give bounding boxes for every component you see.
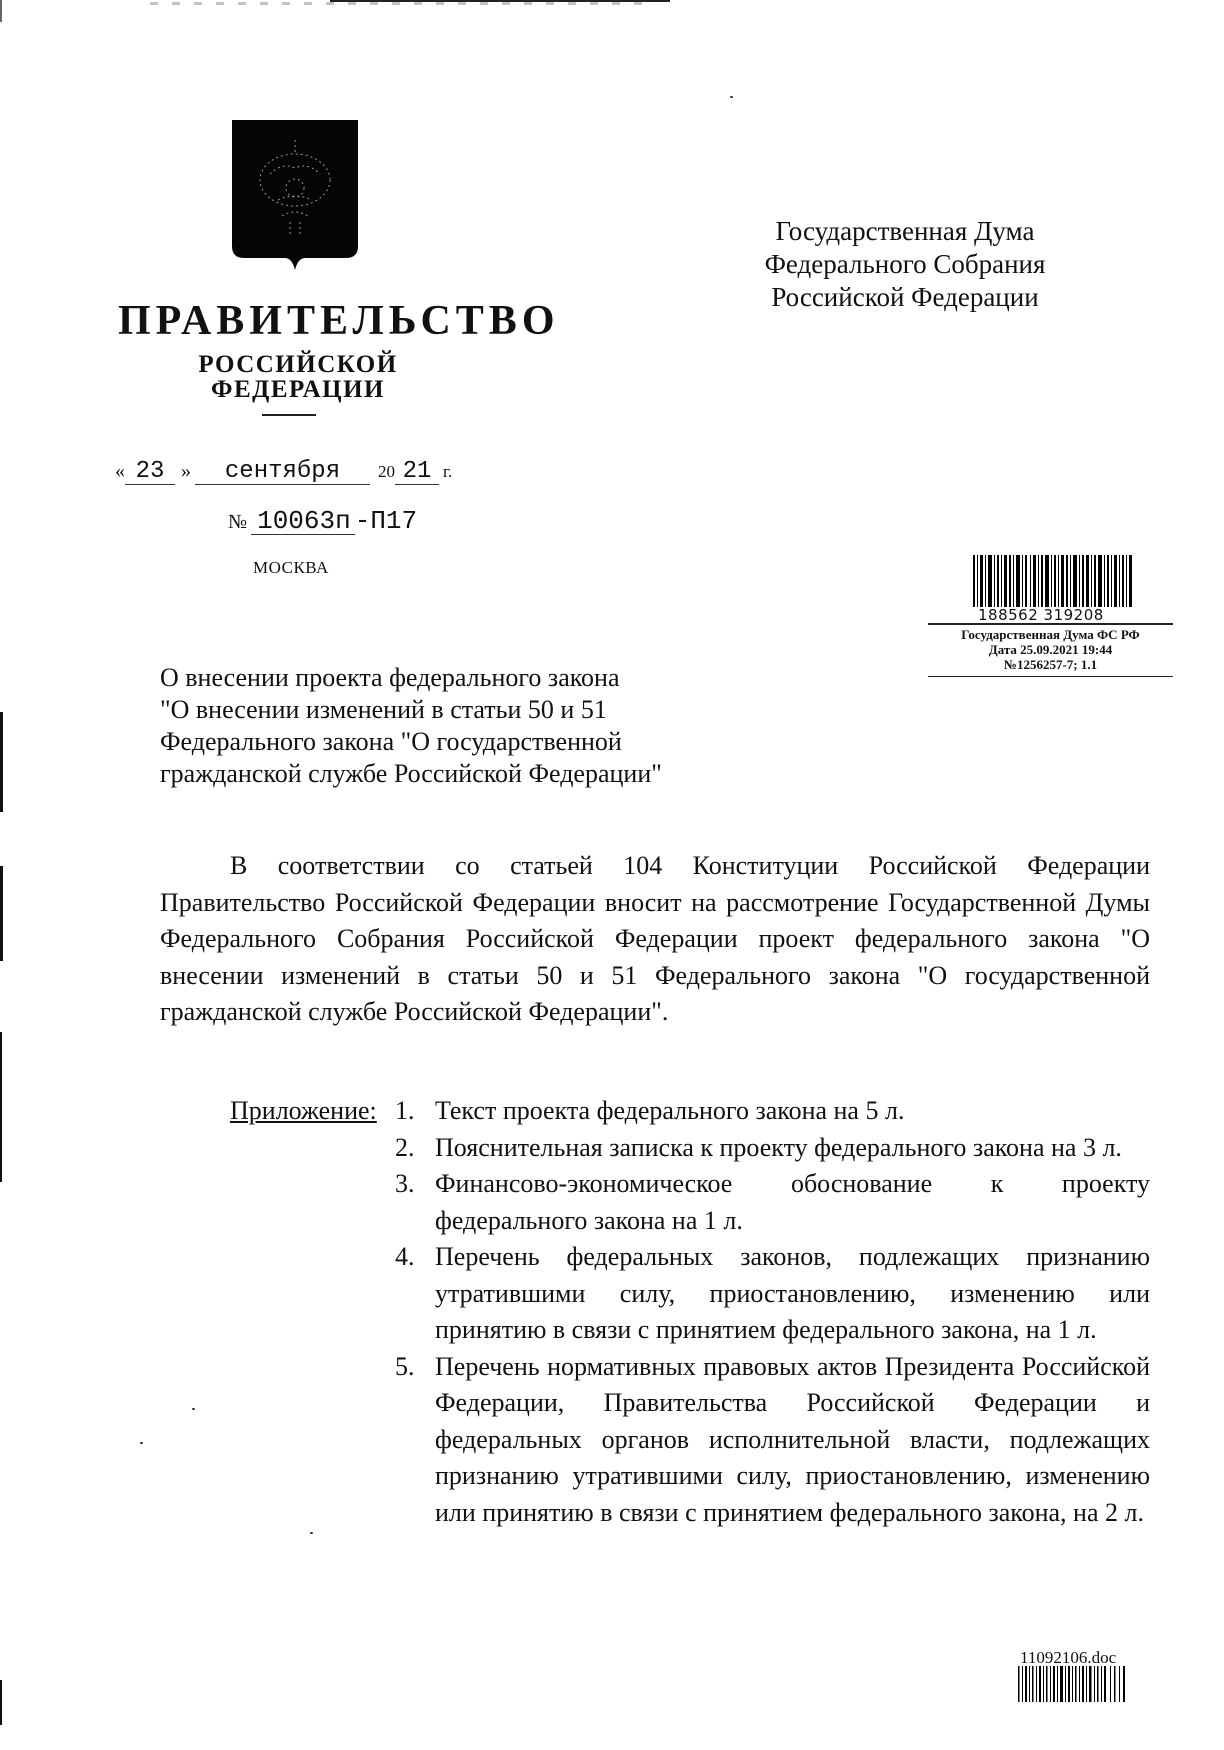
document-file-reference: 11092106.doc <box>1020 1648 1116 1668</box>
barcode-icon <box>973 555 1133 607</box>
appendix-item-text: Финансово-экономическое обоснование к пр… <box>435 1169 1150 1235</box>
stamp-reg-number: №1256257-7; 1.1 <box>928 657 1173 672</box>
heading-divider <box>262 414 316 416</box>
registration-stamp: 188562 319208 Государственная Дума ФС РФ… <box>928 555 1173 677</box>
appendix-item-number: 2. <box>395 1130 415 1167</box>
appendix-item-text: Текст проекта федерального закона на 5 л… <box>435 1096 904 1125</box>
scan-artifact-top-line <box>330 0 670 2</box>
scan-speck <box>310 1532 313 1534</box>
number-sign: № <box>228 511 247 533</box>
date-day: 23 <box>125 460 175 485</box>
date-year-suffix: 21 <box>395 460 439 485</box>
appendix-item: 3.Финансово-экономическое обоснование к … <box>407 1166 1150 1239</box>
appendix-label: Приложение: <box>230 1093 377 1130</box>
addressee-block: Государственная Дума Федерального Собран… <box>740 215 1070 314</box>
document-subject: О внесении проекта федерального закона "… <box>160 662 662 790</box>
appendix-item: 5.Перечень нормативных правовых актов Пр… <box>407 1349 1150 1532</box>
scan-speck <box>192 1408 195 1410</box>
subject-line: Федерального закона "О государственной <box>160 726 662 758</box>
city-label: МОСКВА <box>253 558 329 578</box>
document-number: №10063п-П17 <box>228 508 417 535</box>
government-subtitle: РОССИЙСКОЙ ФЕДЕРАЦИИ <box>118 352 478 402</box>
government-title: ПРАВИТЕЛЬСТВО <box>118 300 478 342</box>
stamp-divider <box>928 676 1173 678</box>
number-suffix: -П17 <box>355 506 417 536</box>
subject-line: О внесении проекта федерального закона <box>160 662 662 694</box>
appendix-item-number: 1. <box>395 1093 415 1130</box>
scan-edge-mark <box>0 0 2 22</box>
appendix-item-text: Перечень нормативных правовых актов През… <box>435 1352 1150 1527</box>
addressee-line: Государственная Дума <box>740 215 1070 248</box>
scan-speck <box>730 96 733 98</box>
appendix-item-number: 5. <box>395 1349 415 1386</box>
scan-edge-mark <box>0 866 3 961</box>
date-open-quote: « <box>115 460 125 482</box>
date-month: сентября <box>195 460 370 485</box>
date-year-unit: г. <box>443 462 452 481</box>
document-date: «23»сентября2021г. <box>115 460 452 485</box>
scan-edge-mark <box>0 1680 2 1725</box>
stamp-details: Государственная Дума ФС РФ Дата 25.09.20… <box>928 627 1173 672</box>
appendix-item-number: 4. <box>395 1239 415 1276</box>
body-paragraph: В соответствии со статьей 104 Конституци… <box>160 848 1150 1031</box>
appendix-item: 2.Пояснительная записка к проекту федера… <box>407 1130 1150 1167</box>
appendix-item: 4.Перечень федеральных законов, подлежащ… <box>407 1239 1150 1349</box>
appendix-item: 1.Текст проекта федерального закона на 5… <box>407 1093 1150 1130</box>
scan-artifact-top <box>150 2 650 5</box>
coat-of-arms-icon <box>230 118 360 270</box>
appendix-item-number: 3. <box>395 1166 415 1203</box>
appendix-item-text: Пояснительная записка к проекту федераль… <box>435 1133 1122 1162</box>
barcode-number: 188562 319208 <box>978 608 1173 623</box>
appendix-item-text: Перечень федеральных законов, подлежащих… <box>435 1242 1150 1344</box>
appendix-list: 1.Текст проекта федерального закона на 5… <box>407 1093 1150 1531</box>
date-close-quote: » <box>181 460 191 482</box>
subject-line: гражданской службе Российской Федерации" <box>160 758 662 790</box>
number-value: 10063п <box>251 508 355 535</box>
date-year-prefix: 20 <box>378 462 395 481</box>
scan-edge-mark <box>0 712 3 812</box>
stamp-org: Государственная Дума ФС РФ <box>928 627 1173 642</box>
footer-barcode-icon <box>1018 1666 1128 1702</box>
scan-speck <box>140 1442 143 1444</box>
scan-edge-mark <box>0 1032 2 1182</box>
addressee-line: Российской Федерации <box>740 281 1070 314</box>
stamp-date: Дата 25.09.2021 19:44 <box>928 642 1173 657</box>
addressee-line: Федерального Собрания <box>740 248 1070 281</box>
subject-line: "О внесении изменений в статьи 50 и 51 <box>160 694 662 726</box>
